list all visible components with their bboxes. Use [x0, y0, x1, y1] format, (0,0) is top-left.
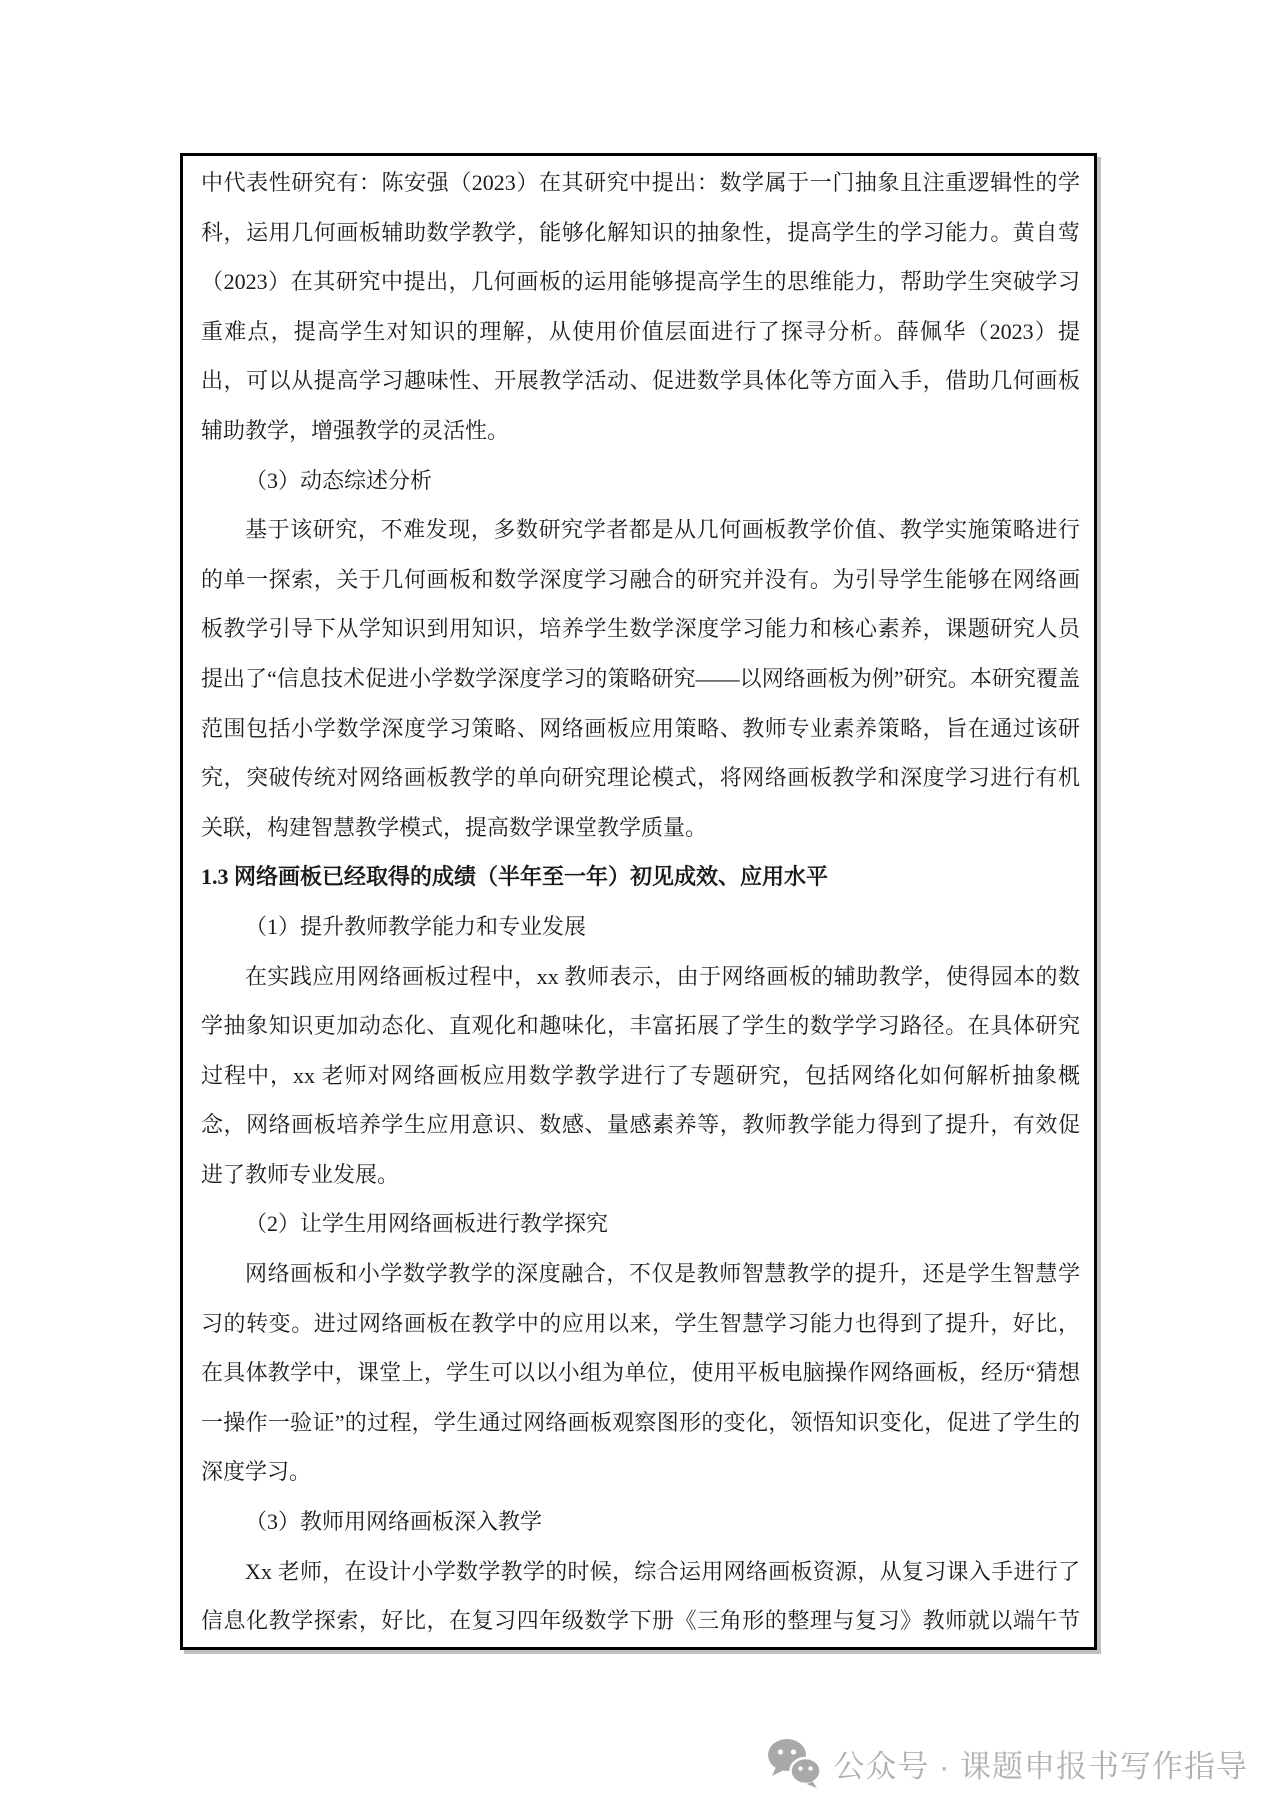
paragraph-achievement-3: Xx 老师，在设计小学数学教学的时候，综合运用网络画板资源，从复习课入手进行了信…: [201, 1547, 1080, 1650]
section-heading-1-3: 1.3 网络画板已经取得的成绩（半年至一年）初见成效、应用水平: [201, 852, 1080, 902]
wechat-icon: [767, 1738, 821, 1788]
document-page: 中代表性研究有：陈安强（2023）在其研究中提出：数学属于一门抽象且注重逻辑性的…: [0, 0, 1280, 1810]
paragraph-achievement-1: 在实践应用网络画板过程中，xx 教师表示，由于网络画板的辅助教学，使得园本的数学…: [201, 952, 1080, 1200]
subheading-achievement-1: （1）提升教师教学能力和专业发展: [201, 902, 1080, 952]
watermark-text: 公众号 · 课题申报书写作指导: [833, 1741, 1248, 1786]
paragraph-review-analysis: 基于该研究，不难发现，多数研究学者都是从几何画板教学价值、教学实施策略进行的单一…: [201, 505, 1080, 852]
watermark: 公众号 · 课题申报书写作指导: [767, 1738, 1248, 1788]
paragraph-literature-review: 中代表性研究有：陈安强（2023）在其研究中提出：数学属于一门抽象且注重逻辑性的…: [201, 158, 1080, 456]
subheading-achievement-2: （2）让学生用网络画板进行教学探究: [201, 1199, 1080, 1249]
subheading-achievement-3: （3）教师用网络画板深入教学: [201, 1497, 1080, 1547]
subheading-dynamic-review-analysis: （3）动态综述分析: [201, 456, 1080, 506]
paragraph-achievement-2: 网络画板和小学数学教学的深度融合，不仅是教师智慧教学的提升，还是学生智慧学习的转…: [201, 1249, 1080, 1497]
document-border-box: 中代表性研究有：陈安强（2023）在其研究中提出：数学属于一门抽象且注重逻辑性的…: [180, 153, 1097, 1650]
